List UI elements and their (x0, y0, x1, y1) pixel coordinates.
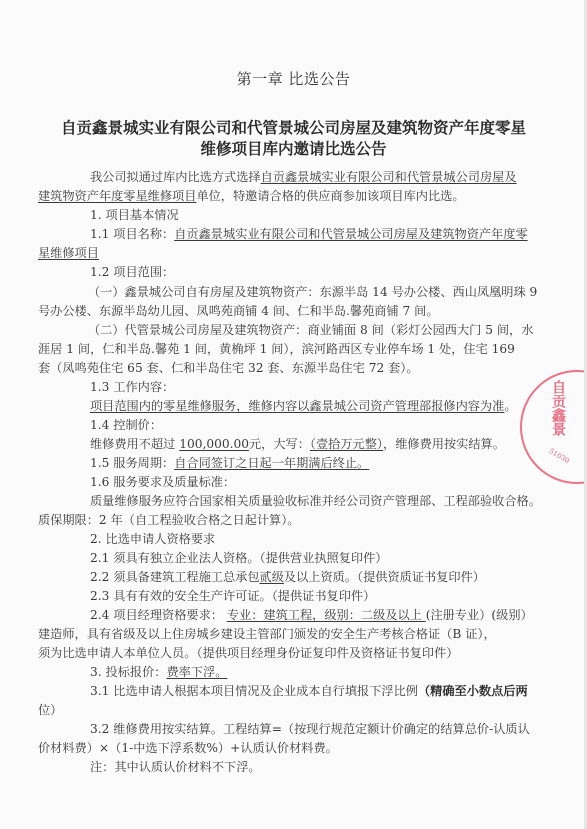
quality-standard-line-1: 质量维修服务应符合国家相关质量验收标准并经公司资产管理部、工程部验收合格。 (38, 493, 548, 510)
bid-3-2-line-2: 价材料费）×（1-中选下浮系数%）+认质认价材料费。 (38, 740, 548, 757)
bid-3-1-line-2: 位） (38, 702, 548, 719)
title-line-1: 自贡鑫景城实业有限公司和代管景城公司房屋及建筑物资产年度零星 (40, 117, 547, 138)
section-1-heading: 1. 项目基本情况 (38, 207, 548, 224)
price-amount-uppercase: （壹拾万元整） (310, 437, 383, 451)
scope-b-line-3: 套（凤鸣苑住宅 65 套、仁和半岛住宅 32 套、东源半岛住宅 72 套）。 (38, 360, 548, 377)
requirement-2-4-line-1: 2.4 项目经理资格要求： 专业：建筑工程，级别：二级及以上 (注册专业）(级别… (38, 607, 548, 624)
scope-a-line-1: （一）鑫景城公司自有房屋及建筑物资产：东源半岛 14 号办公楼、西山凤凰明珠 9 (38, 284, 548, 301)
seal-text: 自贡鑫景 (548, 380, 568, 436)
project-name-line-2: 星维修项目 (38, 245, 548, 262)
announcement-title: 自贡鑫景城实业有限公司和代管景城公司房屋及建筑物资产年度零星 维修项目库内邀请比… (40, 117, 547, 159)
requirement-2-4-line-3: 须为比选申请人本单位人员。（提供项目经理身份证复印件及资格证书复印件） (38, 645, 548, 662)
chapter-heading: 第一章 比选公告 (0, 68, 587, 89)
scope-b-line-2: 涯居 1 间，仁和半岛.馨苑 1 间，黄桷坪 1 间），滨河路西区专业停车场 1… (38, 341, 548, 358)
title-line-2: 维修项目库内邀请比选公告 (40, 138, 547, 159)
work-content-heading: 1.3 工作内容： (38, 379, 548, 396)
scope-a-line-2: 号办公楼、东源半岛幼儿园、凤鸣苑商铺 4 间、仁和半岛.馨苑商铺 7 间。 (38, 303, 548, 320)
control-price-value: 维修费用不超过 100,000.00元，大写：（壹拾万元整），维修费用按实结算。 (38, 436, 548, 453)
bid-3-2-line-1: 3.2 维修费用按实结算。工程结算=（按现行规范定额计价确定的结算总价-认质认 (38, 721, 548, 738)
document-page: 第一章 比选公告 自贡鑫景城实业有限公司和代管景城公司房屋及建筑物资产年度零星 … (0, 0, 587, 829)
requirement-2-1: 2.1 须具有独立企业法人资格。（提供营业执照复印件） (38, 550, 548, 567)
service-period: 1.5 服务周期：自合同签订之日起一年期满后终止。 (38, 455, 548, 472)
project-scope-heading: 1.2 项目范围： (38, 264, 548, 281)
section-3-heading: 3. 投标报价：费率下浮。 (38, 664, 548, 681)
requirement-2-2: 2.2 须具备建筑工程施工总承包贰级及以上资质。（提供资质证书复印件） (38, 569, 548, 586)
requirement-2-3: 2.3 具有有效的安全生产许可证。（提供证书复印件） (38, 588, 548, 605)
control-price-heading: 1.4 控制价： (38, 417, 548, 434)
work-content-value: 项目范围内的零星维修服务，维修内容以鑫景城公司资产管理部报修内容为准。 (38, 398, 548, 415)
quality-standard-line-2: 质保期限：2 年（自工程验收合格之日起计算）。 (38, 512, 548, 529)
intro-paragraph-line-1: 我公司拟通过库内比选方式选择自贡鑫景城实业有限公司和代管景城公司房屋及 (38, 169, 548, 186)
project-name-underlined: 自贡鑫景城实业有限公司和代管景城公司房屋及 (261, 170, 517, 184)
project-name-line: 1.1 项目名称：自贡鑫景城实业有限公司和代管景城公司房屋及建筑物资产年度零 (38, 226, 548, 243)
price-amount: 100,000.00 (179, 437, 249, 451)
scope-b-line-1: （二）代管景城公司房屋及建筑物资产：商业铺面 8 间（彩灯公园西大门 5 间，水 (38, 322, 548, 339)
quality-standard-heading: 1.6 服务要求及质量标准： (38, 474, 548, 491)
bid-3-1-line-1: 3.1 比选申请人根据本项目情况及企业成本自行填报下浮比例（精确至小数点后两 (38, 683, 548, 700)
requirement-2-4-line-2: 建造师，具有省级及以上住房城乡建设主管部门颁发的安全生产考核合格证（B 证）， (38, 626, 548, 643)
intro-paragraph-line-2: 建筑物资产年度零星维修项目单位，特邀请合格的供应商参加该项目库内比选。 (38, 188, 548, 205)
note-line: 注：其中认质认价材料不下浮。 (38, 759, 548, 776)
section-2-heading: 2. 比选申请人资格要求 (38, 531, 548, 548)
